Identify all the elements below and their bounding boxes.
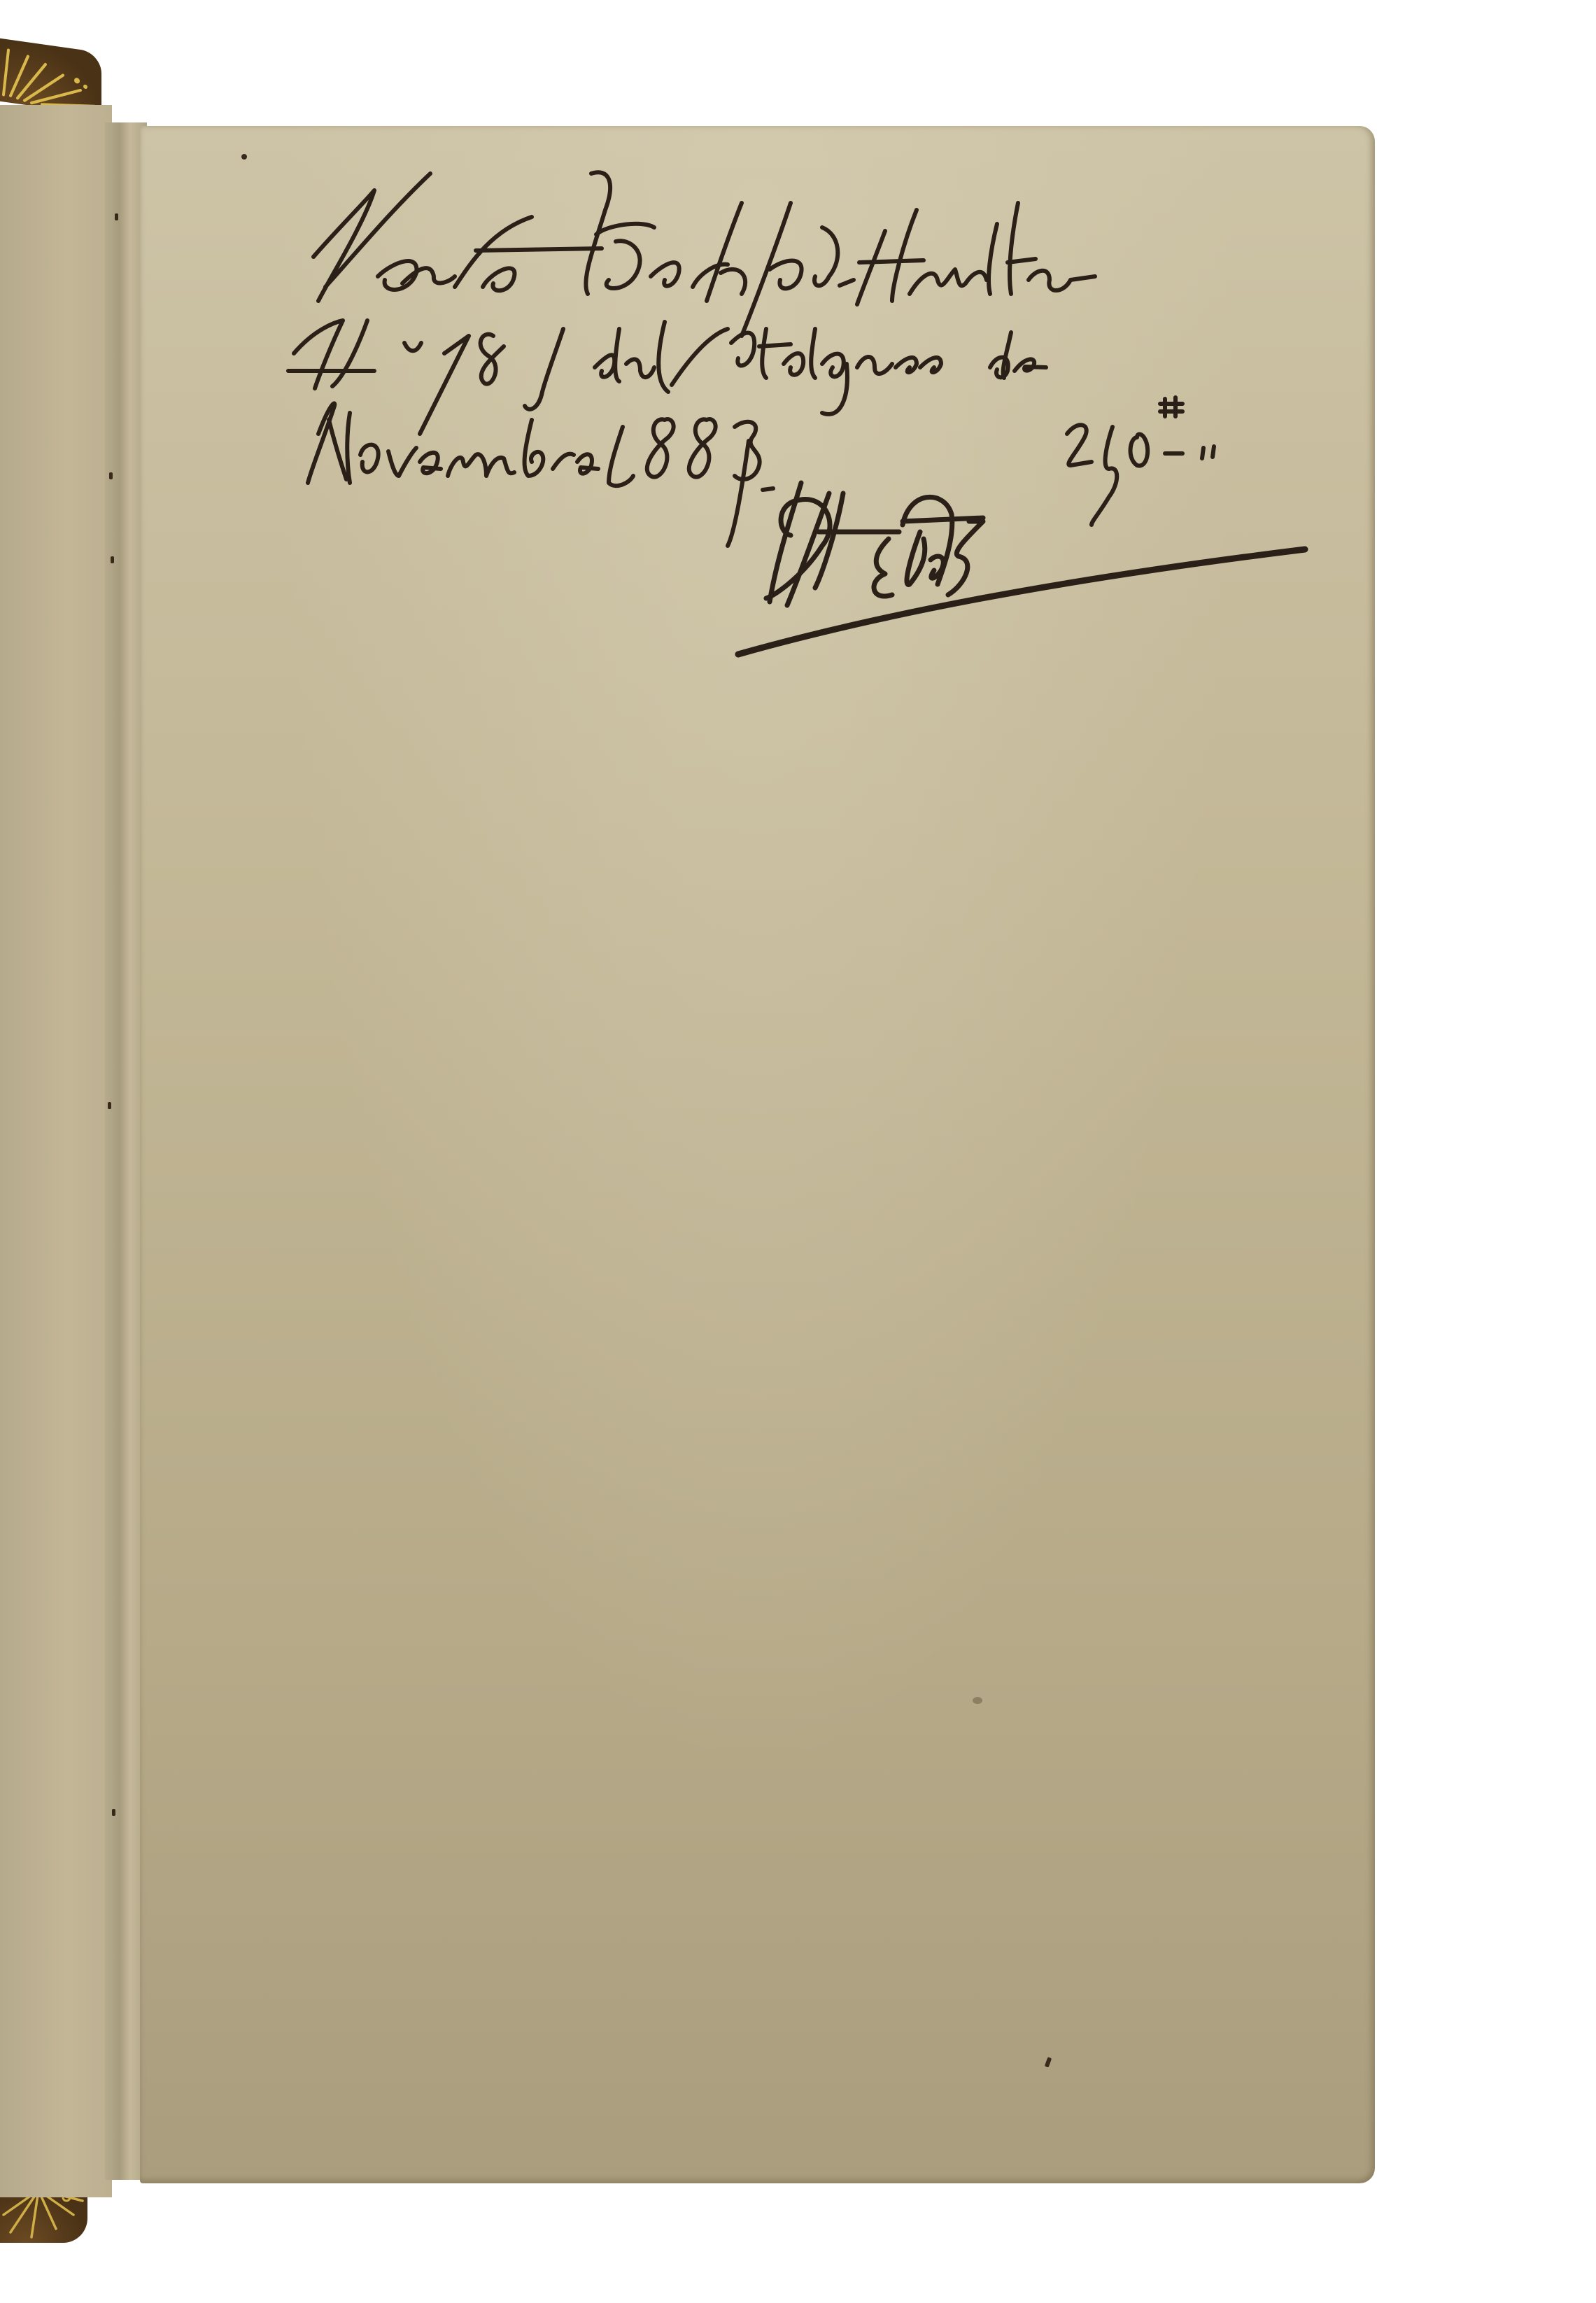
handwritten-inscription	[0, 0, 1596, 2303]
